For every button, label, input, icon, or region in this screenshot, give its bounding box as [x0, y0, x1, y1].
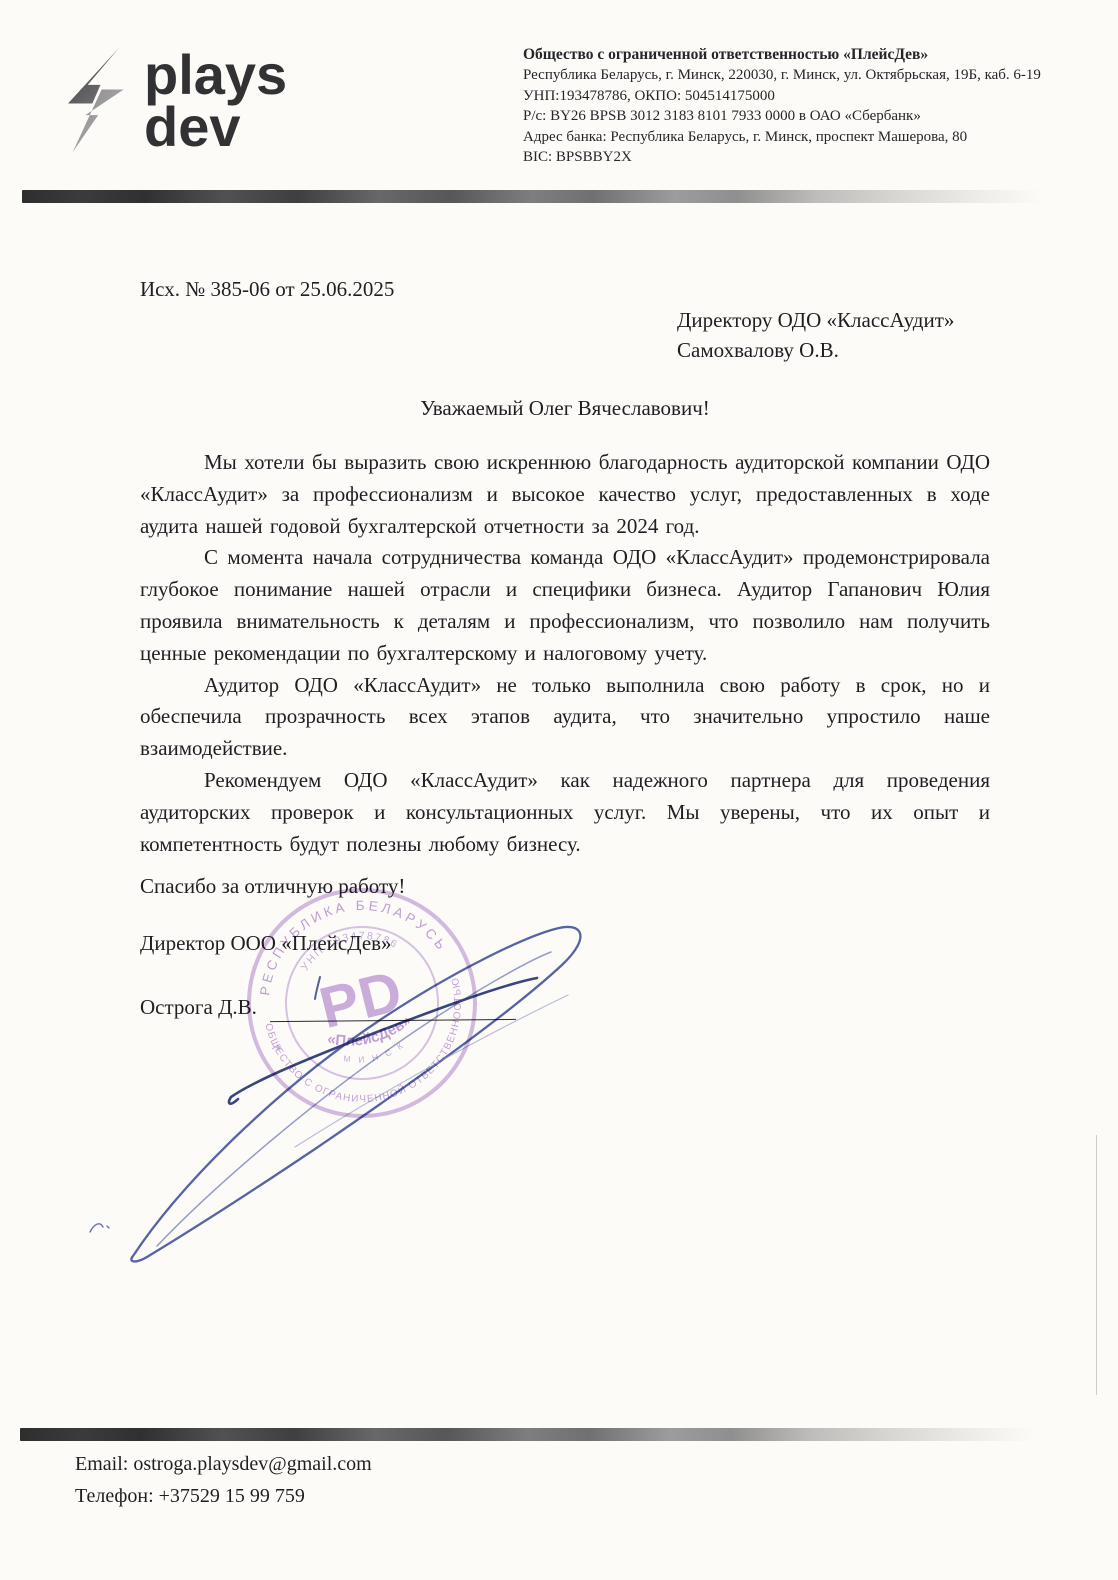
paragraph: С момента начала сотрудничества команда … — [140, 542, 990, 669]
scan-artifact-line — [1096, 1135, 1097, 1395]
footer-phone: Телефон: +37529 15 99 759 — [75, 1485, 305, 1508]
company-bank-line: Адрес банка: Республика Беларусь, г. Мин… — [523, 127, 1063, 147]
salutation: Уважаемый Олег Вячеславович! — [140, 396, 990, 421]
company-address-line: Республика Беларусь, г. Минск, 220030, г… — [523, 65, 1063, 85]
outgoing-ref-line: Исх. № 385-06 от 25.06.2025 — [140, 277, 394, 302]
footer-divider-bar — [20, 1428, 1035, 1441]
company-requisites: Общество с ограниченной ответственностью… — [523, 45, 1063, 167]
playsdev-logo: plays dev — [68, 47, 287, 153]
logo-word-plays: plays — [144, 49, 287, 101]
paragraph: Рекомендуем ОДО «КлассАудит» как надежно… — [140, 765, 990, 860]
addressee-block: Директору ОДО «КлассАудит» Самохвалову О… — [677, 306, 954, 365]
addressee-line-1: Директору ОДО «КлассАудит» — [677, 306, 954, 336]
company-bic-line: BIC: BPSBBY2X — [523, 147, 1063, 167]
paragraph: Аудитор ОДО «КлассАудит» не только выпол… — [140, 670, 990, 765]
company-name-line: Общество с ограниченной ответственностью… — [523, 45, 1063, 65]
letter-body: Мы хотели бы выразить свою искреннюю бла… — [140, 447, 990, 860]
company-account-line: Р/с: BY26 BPSB 3012 3183 8101 7933 0000 … — [523, 106, 1063, 126]
scanned-letter-page: plays dev Общество с ограниченной ответс… — [0, 0, 1118, 1580]
footer-email: Email: ostroga.playsdev@gmail.com — [75, 1453, 372, 1476]
addressee-line-2: Самохвалову О.В. — [677, 336, 954, 366]
lightning-bolt-icon — [68, 47, 126, 153]
signature-ink — [85, 885, 630, 1280]
company-unp-line: УНП:193478786, ОКПО: 504514175000 — [523, 86, 1063, 106]
paragraph: Мы хотели бы выразить свою искреннюю бла… — [140, 447, 990, 542]
header-divider-bar — [22, 190, 1042, 203]
logo-word-dev: dev — [144, 101, 287, 153]
